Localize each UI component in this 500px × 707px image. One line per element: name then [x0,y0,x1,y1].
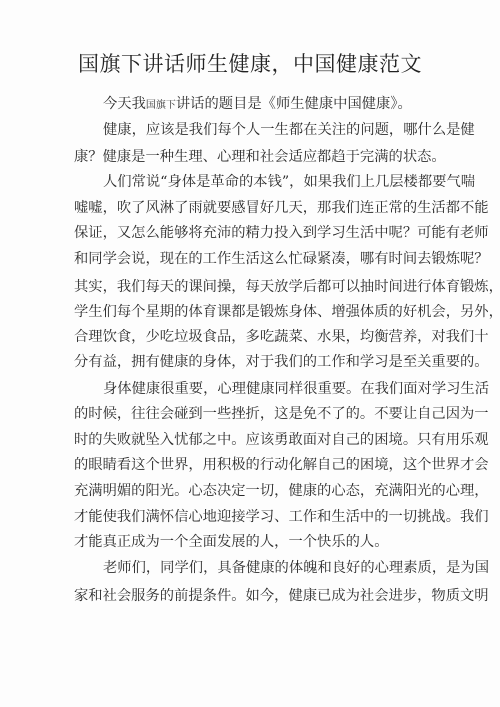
paragraph-line: 保证，又怎么能够将充沛的精力投入到学习生活中呢？可能有老师 [74,224,420,242]
paragraph-line: 充满明媚的阳光。心态决定一切，健康的心态，充满阳光的心理， [74,482,420,500]
paragraph-line: 合理饮食，少吃垃圾食品，多吃蔬菜、水果，均衡营养，对我们十 [74,328,420,346]
text-span-small: 国旗下 [146,100,176,111]
paragraph-line: 健康，应该是我们每个人一生都在关注的问题，哪什么是健 [103,121,420,139]
paragraph-line: 人们常说“身体是革命的本钱”，如果我们上几层楼都要气喘 [103,173,420,191]
paragraph-line: 家和社会服务的前提条件。如今，健康已成为社会进步，物质文明 [74,587,420,605]
paragraph-line: 老师们，同学们，具备健康的体魄和良好的心理素质，是为国 [103,559,420,577]
paragraph-line: 今天我国旗下讲话的题目是《师生健康中国健康》。 [103,95,420,115]
paragraph-line: 康？健康是一种生理、心理和社会适应都趋于完满的状态。 [74,148,420,166]
paragraph-line: 才能使我们满怀信心地迎接学习、工作和生活中的一切挑战。我们 [74,508,420,526]
paragraph-line: 的时候，往往会碰到一些挫折，这是免不了的。不要让自己因为一 [74,405,420,423]
paragraph-line: 身体健康很重要，心理健康同样很重要。在我们面对学习生活 [103,380,420,398]
paragraph-line: 和同学会说，现在的工作生活这么忙碌紧凑，哪有时间去锻炼呢？ [74,250,420,268]
text-span: 今天我 [103,96,146,112]
paragraph-line: 学生们每个星期的体育课都是锻炼身体、增强体质的好机会，另外， [74,303,420,321]
text-span: 讲话的题目是《师生健康中国健康》。 [176,96,412,112]
paragraph-line: 嘘嘘，吹了风淋了雨就要感冒好几天，那我们连正常的生活都不能 [74,199,420,217]
paragraph-line: 分有益，拥有健康的身体，对于我们的工作和学习是至关重要的。 [74,353,420,371]
paragraph-line: 其实，我们每天的课间操，每天放学后都可以抽时间进行体育锻炼， [74,278,420,296]
paragraph-line: 才能真正成为一个全面发展的人，一个快乐的人。 [74,533,420,551]
document-title: 国旗下讲话师生健康，中国健康范文 [0,50,500,78]
paragraph-line: 的眼睛看这个世界，用积极的行动化解自己的困境，这个世界才会 [74,456,420,474]
document-page: 国旗下讲话师生健康，中国健康范文 今天我国旗下讲话的题目是《师生健康中国健康》。… [0,0,500,707]
paragraph-line: 时的失败就坠入忧郁之中。应该勇敢面对自己的困境。只有用乐观 [74,431,420,449]
